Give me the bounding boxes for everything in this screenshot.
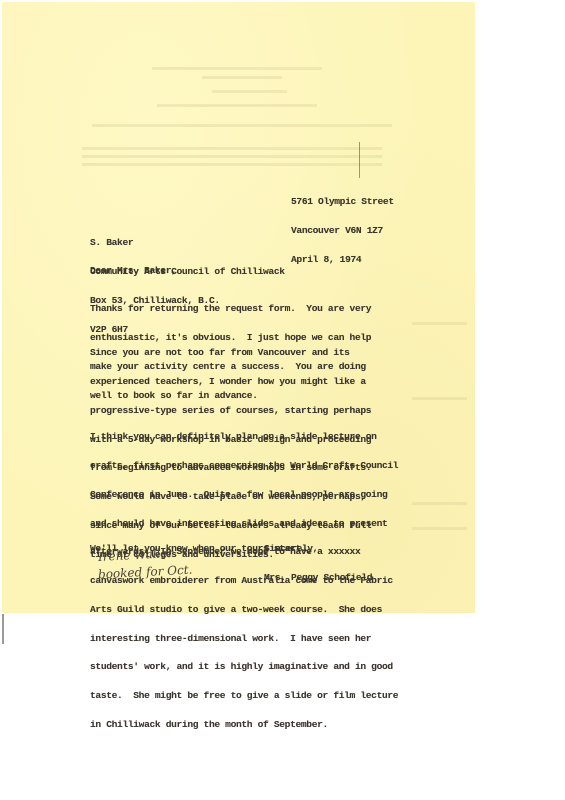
letter-date: April 8, 1974 bbox=[291, 255, 394, 265]
bleed-through-mark bbox=[152, 67, 322, 70]
closing: Sincerely, bbox=[264, 544, 318, 554]
bleed-through-mark bbox=[92, 124, 392, 127]
bleed-through-mark bbox=[82, 163, 382, 166]
salutation: Dear Mrs. Baker, bbox=[90, 266, 177, 276]
text-line: Conference in June. Quite a few local pe… bbox=[90, 490, 398, 500]
text-line: students' work, and it is highly imagina… bbox=[90, 662, 398, 672]
bleed-through-mark bbox=[157, 104, 317, 107]
text-line: Arts Guild studio to give a two-week cou… bbox=[90, 605, 398, 615]
text-line: Thanks for returning the request form. Y… bbox=[90, 304, 371, 314]
bleed-through-mark bbox=[82, 147, 382, 150]
text-line: taste. She might be free to give a slide… bbox=[90, 691, 398, 701]
letter-page: 5761 Olympic Street Vancouver V6N 1Z7 Ap… bbox=[2, 2, 475, 613]
recipient-name: S. Baker bbox=[90, 238, 285, 248]
sender-city: Vancouver V6N 1Z7 bbox=[291, 226, 394, 236]
bleed-through-mark bbox=[412, 322, 467, 325]
text-line: in Chilliwack during the month of Septem… bbox=[90, 720, 398, 730]
sender-street: 5761 Olympic Street bbox=[291, 197, 394, 207]
scan-edge bbox=[2, 614, 4, 644]
text-line: Since you are not too far from Vancouver… bbox=[90, 348, 371, 358]
text-line: experienced teachers, I wonder how you m… bbox=[90, 377, 371, 387]
text-line: crafts, first perhaps concerning the Wor… bbox=[90, 461, 398, 471]
text-line: I think you can definitely plan on a sli… bbox=[90, 432, 398, 442]
bleed-through-mark bbox=[202, 76, 282, 79]
text-line: interesting three-dimensional work. I ha… bbox=[90, 634, 398, 644]
pencil-mark bbox=[359, 142, 360, 178]
sender-address: 5761 Olympic Street Vancouver V6N 1Z7 Ap… bbox=[291, 178, 394, 284]
bleed-through-mark bbox=[82, 155, 382, 158]
bleed-through-mark bbox=[412, 502, 467, 505]
bleed-through-mark bbox=[412, 397, 467, 400]
bleed-through-mark bbox=[412, 527, 467, 530]
signature-name: Mrs. Peggy Schofield bbox=[264, 573, 372, 583]
bleed-through-mark bbox=[212, 90, 287, 93]
